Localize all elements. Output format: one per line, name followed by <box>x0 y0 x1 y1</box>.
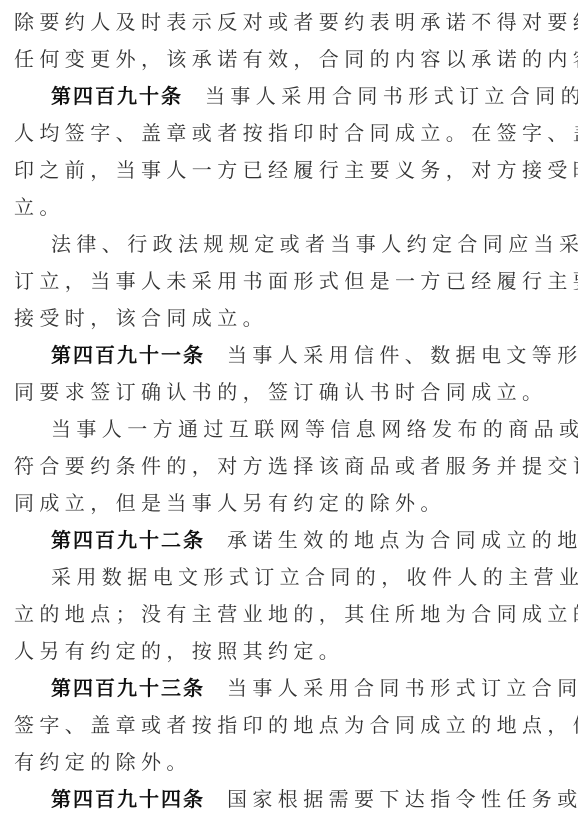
paragraph-start-line: 采用数据电文形式订立合同的，收件人的主营业地为合同成 <box>51 559 578 596</box>
text-line: 接受时，该合同成立。 <box>14 300 268 337</box>
text-line: 任何变更外，该承诺有效，合同的内容以承诺的内容为准。 <box>14 41 578 78</box>
text-line: 除要约人及时表示反对或者要约表明承诺不得对要约的内容作出 <box>14 4 578 41</box>
text-line: 符合要约条件的，对方选择该商品或者服务并提交订单成功时合 <box>14 448 578 485</box>
article-text: 当事人采用信件、数据电文等形式订立合 <box>227 343 578 367</box>
article-number: 第四百九十二条 <box>51 528 205 552</box>
article-number: 第四百九十四条 <box>51 787 205 811</box>
article-491-line: 第四百九十一条当事人采用信件、数据电文等形式订立合 <box>51 337 578 374</box>
text-line: 人均签字、盖章或者按指印时合同成立。在签字、盖章或者按指 <box>14 115 578 152</box>
text-line: 人另有约定的，按照其约定。 <box>14 633 344 670</box>
text-line: 有约定的除外。 <box>14 744 192 781</box>
article-text: 当事人采用合同书形式订立合同的，自当事 <box>205 84 578 108</box>
text-line: 订立，当事人未采用书面形式但是一方已经履行主要义务，对方 <box>14 263 578 300</box>
article-text: 国家根据需要下达指令性任务或者国家订 <box>227 787 578 811</box>
article-number: 第四百九十条 <box>51 84 183 108</box>
text-line: 印之前，当事人一方已经履行主要义务，对方接受时，该合同成 <box>14 152 578 189</box>
article-492-line: 第四百九十二条承诺生效的地点为合同成立的地点。 <box>51 522 578 559</box>
text-line: 立。 <box>14 189 65 226</box>
text-line: 立的地点；没有主营业地的，其住所地为合同成立的地点。当事 <box>14 596 578 633</box>
article-490-line: 第四百九十条当事人采用合同书形式订立合同的，自当事 <box>51 78 578 115</box>
text-line: 同要求签订确认书的，签订确认书时合同成立。 <box>14 374 547 411</box>
article-text: 承诺生效的地点为合同成立的地点。 <box>227 528 578 552</box>
article-493-line: 第四百九十三条当事人采用合同书形式订立合同的，最后 <box>51 670 578 707</box>
paragraph-start-line: 法律、行政法规规定或者当事人约定合同应当采用书面形式 <box>51 226 578 263</box>
paragraph-start-line: 当事人一方通过互联网等信息网络发布的商品或者服务信息 <box>51 411 578 448</box>
article-number: 第四百九十一条 <box>51 343 205 367</box>
text-line: 同成立，但是当事人另有约定的除外。 <box>14 485 446 522</box>
text-line: 签字、盖章或者按指印的地点为合同成立的地点，但是当事人另 <box>14 707 578 744</box>
article-text: 当事人采用合同书形式订立合同的，最后 <box>227 676 578 700</box>
article-number: 第四百九十三条 <box>51 676 205 700</box>
article-494-line: 第四百九十四条国家根据需要下达指令性任务或者国家订 <box>51 781 578 818</box>
